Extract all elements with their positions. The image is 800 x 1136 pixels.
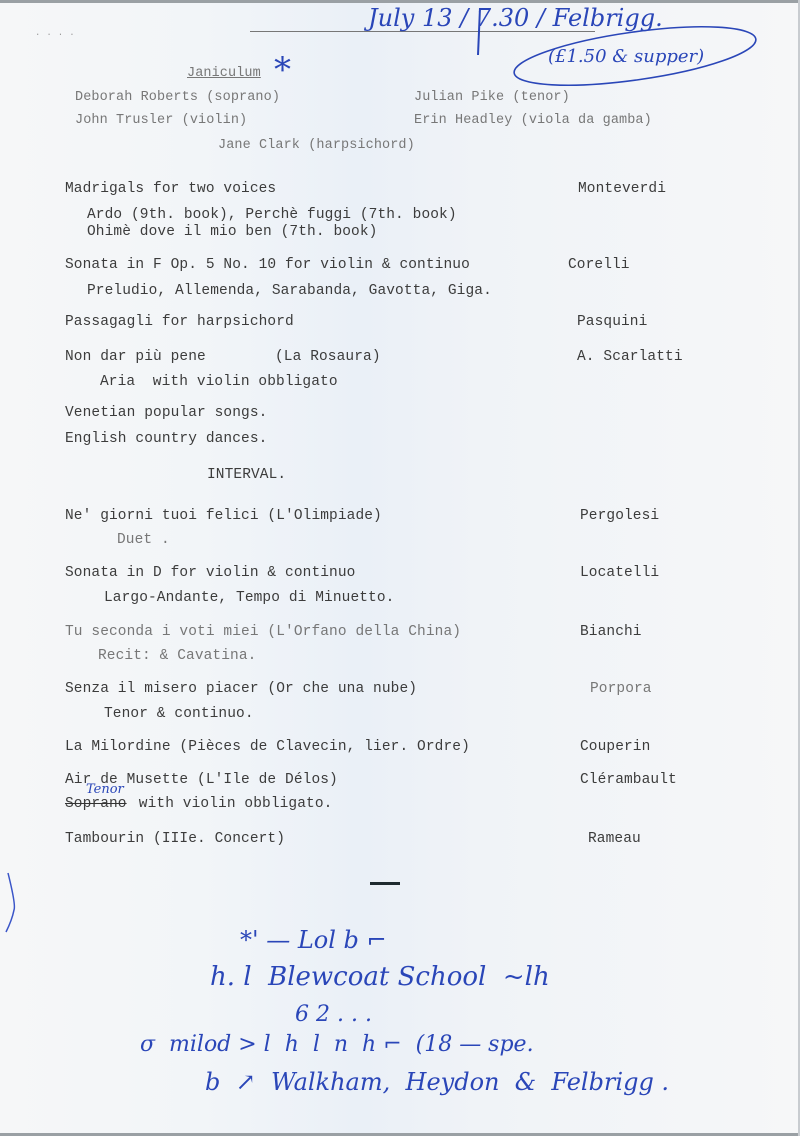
item-composer: Pasquini	[577, 314, 647, 330]
item-detail: Aria with violin obbligato	[100, 374, 338, 390]
item-composer: Corelli	[568, 257, 630, 273]
item-subtitle: (La Rosaura)	[275, 349, 381, 365]
item-detail: Duet .	[117, 532, 170, 548]
end-dash	[370, 882, 400, 885]
item-title: Madrigals for two voices	[65, 181, 276, 197]
handwritten-note-line: h. l Blewcoat School ~lh	[210, 962, 550, 992]
item-detail: Ohimè dove il mio ben (7th. book)	[87, 224, 377, 240]
handwritten-note-line: b ↗ Walkham, Heydon & Felbrigg .	[205, 1068, 669, 1096]
handwritten-date-venue: July 13 / 7.30 / Felbrigg.	[368, 4, 663, 32]
item-composer: Rameau	[588, 831, 641, 847]
item-title: Senza il misero piacer (Or che una nube)	[65, 681, 417, 697]
item-detail: Ardo (9th. book), Perchè fuggi (7th. boo…	[87, 207, 457, 223]
item-title: Sonata in F Op. 5 No. 10 for violin & co…	[65, 257, 470, 273]
item-title: La Milordine (Pièces de Clavecin, lier. …	[65, 739, 470, 755]
item-composer: Clérambault	[580, 772, 677, 788]
item-composer: Couperin	[580, 739, 650, 755]
performer-soprano: Deborah Roberts (soprano)	[75, 90, 280, 105]
item-title: Sonata in D for violin & continuo	[65, 565, 355, 581]
document-page: .... July 13 / 7.30 / Felbrigg. (£1.50 &…	[0, 0, 800, 1136]
handwritten-note-line: 6 2 . . .	[295, 1002, 372, 1027]
item-composer: Pergolesi	[580, 508, 659, 524]
item-composer: Monteverdi	[578, 181, 666, 197]
item-title: Venetian popular songs.	[65, 405, 267, 421]
item-title: Passagagli for harpsichord	[65, 314, 294, 330]
item-detail: Largo-Andante, Tempo di Minuetto.	[104, 590, 394, 606]
item-detail: Preludio, Allemenda, Sarabanda, Gavotta,…	[87, 283, 492, 299]
performer-harpsichord: Jane Clark (harpsichord)	[218, 138, 415, 153]
asterisk-mark: *	[274, 50, 291, 90]
handwritten-note-line: σ milod > l h l n h ⌐ (18 — spe.	[140, 1032, 534, 1057]
item-title: Tambourin (IIIe. Concert)	[65, 831, 285, 847]
margin-dots: ....	[35, 28, 81, 38]
item-title: Ne' giorni tuoi felici (L'Olimpiade)	[65, 508, 382, 524]
page-edge-top	[0, 0, 800, 3]
item-composer: Locatelli	[580, 565, 659, 581]
ensemble-name: Janiculum	[187, 66, 261, 81]
performer-viola-da-gamba: Erin Headley (viola da gamba)	[414, 113, 652, 128]
handwritten-correction-tenor: Tenor	[86, 782, 124, 797]
performer-tenor: Julian Pike (tenor)	[414, 90, 570, 105]
item-composer: A. Scarlatti	[577, 349, 683, 365]
item-title: English country dances.	[65, 431, 267, 447]
handwritten-price-note: (£1.50 & supper)	[548, 46, 704, 67]
item-title: Tu seconda i voti miei (L'Orfano della C…	[65, 624, 461, 640]
item-detail: with violin obbligato.	[130, 796, 332, 812]
item-detail: Tenor & continuo.	[104, 706, 254, 722]
item-detail: Recit: & Cavatina.	[98, 648, 256, 664]
interval-heading: INTERVAL.	[207, 467, 286, 483]
item-title: Non dar più pene	[65, 349, 206, 365]
item-composer: Porpora	[590, 681, 652, 697]
item-composer: Bianchi	[580, 624, 642, 640]
struck-word-soprano: Soprano	[65, 796, 127, 812]
performer-violin: John Trusler (violin)	[75, 113, 247, 128]
handwritten-note-line: *' — Lol b ⌐	[240, 926, 387, 954]
